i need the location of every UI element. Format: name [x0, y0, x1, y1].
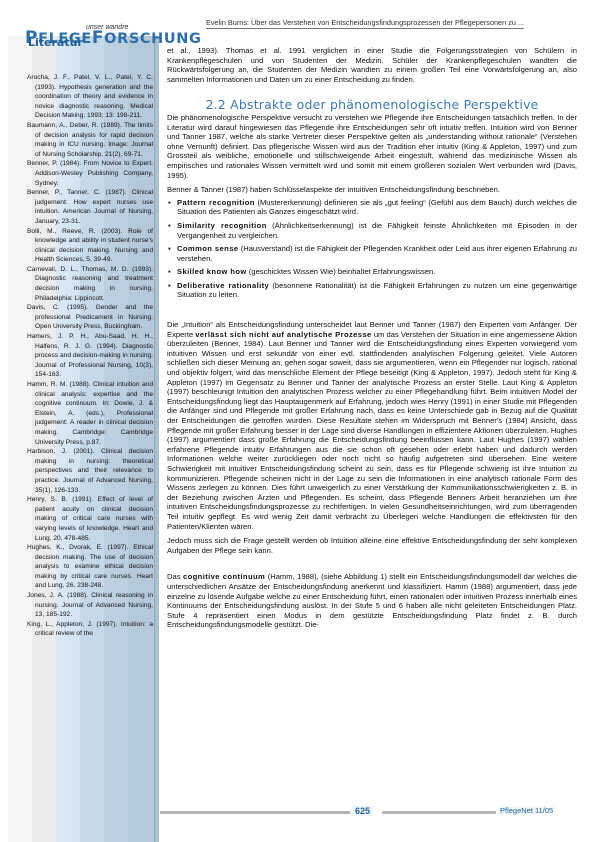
footer-rule-left [160, 811, 350, 814]
running-header: Evelin Burns: Über das Verstehen von Ent… [206, 18, 524, 29]
reference-item: Benner, P., Tanner, C. (1987). Clinical … [27, 188, 153, 226]
journal-issue: PflegeNet 11/05 [498, 806, 555, 815]
term: Similarity recognition [177, 221, 267, 230]
reference-item: Henry, S. B. (1991). Effect of level of … [27, 495, 153, 543]
reference-list: Arocha, J. F., Patel, V. L., Patel, Y. C… [27, 73, 153, 639]
reference-item: King, L., Appleton, J. (1997). Intuition… [27, 620, 153, 639]
reference-item: Jones, J. A. (1988). Clinical reasoning … [27, 591, 153, 620]
bullet-icon: ▪ [168, 244, 171, 254]
bullet-icon: ▪ [168, 221, 171, 231]
reference-item: Benner, P. (1984). From Novice to Expert… [27, 159, 153, 188]
logo-tagline: unser wandre [86, 24, 128, 31]
text-run: Das [167, 572, 183, 581]
reference-item: Baumann, A., Deber, R. (1989). The limit… [27, 121, 153, 159]
reference-item: Davis, C. (1995). Gender and the profess… [27, 303, 153, 332]
term: Common sense [177, 244, 238, 253]
reference-item: Harbison, J. (2001). Clinical decision m… [27, 447, 153, 495]
reference-item: Hughes, K., Dvorak, E. (1997). Ethical d… [27, 543, 153, 591]
bullet-icon: ▪ [168, 198, 171, 208]
term: Pattern recognition [177, 198, 255, 207]
reference-item: Bolli, M., Reeve, R. (2003). Role of kno… [27, 227, 153, 265]
reference-item: Hamm, R. M. (1988). Clinical intuition a… [27, 380, 153, 447]
list-item: ▪Pattern recognition (Mustererkennung) d… [167, 198, 577, 217]
paragraph: Die „Intuition“ als Entscheidungsfindung… [167, 320, 577, 531]
reference-item: Hamers, J. P. H., Abu-Saad, H. H., Halfe… [27, 332, 153, 380]
page-number: 625 [352, 806, 373, 816]
term: Deliberative rationality [177, 281, 269, 290]
text-run: um das Verstehen der Situation in eine a… [167, 330, 577, 531]
paragraph: Jedoch muss sich die Frage gestellt werd… [167, 536, 577, 555]
bullet-icon: ▪ [168, 281, 171, 291]
sidebar-divider [154, 36, 159, 842]
emphasis: verlässt sich nicht auf analytische Proz… [195, 330, 371, 339]
footer-rule-right [382, 811, 496, 814]
sidebar-section-title: Literatur [28, 36, 83, 49]
paragraph: Das cognitive continuum (Hamm, 1988), (s… [167, 572, 577, 630]
intro-paragraph: et al., 1993). Thomas et al. 1991 vergli… [167, 46, 577, 84]
list-item: ▪Deliberative rationality (besonnene Rat… [167, 281, 577, 300]
paragraph: Benner & Tanner (1987) haben Schlüsselas… [167, 185, 577, 195]
reference-item: Carnevali, D. L., Thomas, M. D. (1993). … [27, 265, 153, 303]
list-item: ▪Skilled know how (geschicktes Wissen Wi… [167, 267, 577, 277]
main-column: et al., 1993). Thomas et al. 1991 vergli… [167, 46, 577, 635]
bullet-icon: ▪ [168, 267, 171, 277]
bullet-list: ▪Pattern recognition (Mustererkennung) d… [167, 198, 577, 300]
term: Skilled know how [177, 267, 247, 276]
paragraph: Die phänomenologische Perspektive versuc… [167, 113, 577, 180]
section-heading: 2.2 Abstrakte oder phänomenologische Per… [167, 100, 577, 110]
term-description: (geschicktes Wissen Wie) beinhaltet Erfa… [247, 267, 436, 276]
reference-item: Arocha, J. F., Patel, V. L., Patel, Y. C… [27, 73, 153, 121]
list-item: ▪Common sense (Hausverstand) ist die Fäh… [167, 244, 577, 263]
emphasis: cognitive continuum [183, 572, 265, 581]
list-item: ▪Similarity recognition (Ähnlichkeitserk… [167, 221, 577, 240]
